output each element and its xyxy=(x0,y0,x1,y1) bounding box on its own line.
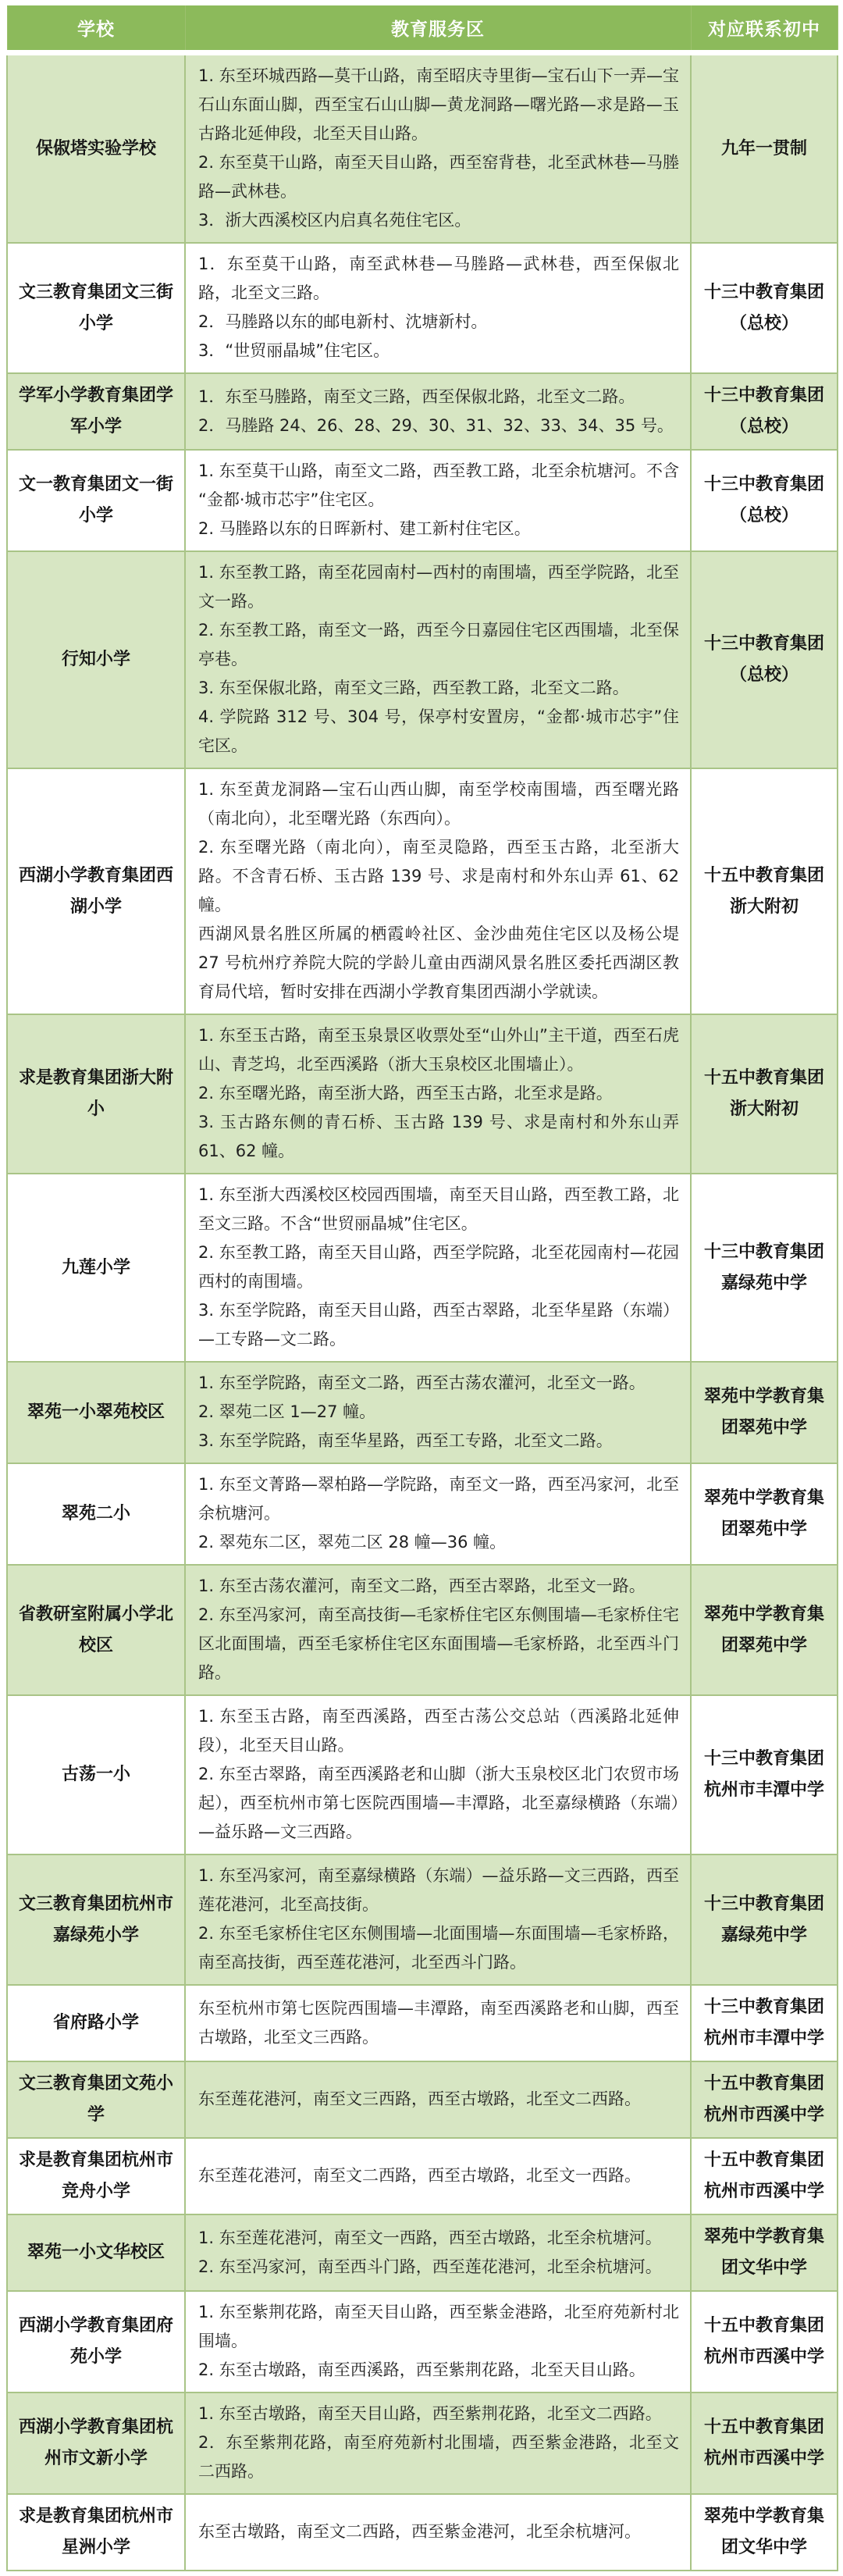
table-row: 求是教育集团浙大附小 1. 东至玉古路，南至玉泉景区收票处至“山外山”主干道，西… xyxy=(7,1014,838,1174)
service-area-cell: 1. 东至冯家河，南至嘉绿横路（东端）—益乐路—文三西路，西至莲花港河，北至高技… xyxy=(185,1855,691,1985)
junior-high-cell: 十三中教育集团嘉绿苑中学 xyxy=(691,1855,838,1985)
service-area-item: 1．东至莫干山路，南至武林巷—马塍路—武林巷，西至保俶北路，北至文三路。 xyxy=(198,250,679,308)
service-area-item: 东至莲花港河，南至文三西路，西至古墩路，北至文二西路。 xyxy=(198,2085,679,2114)
school-name-cell: 西湖小学教育集团西湖小学 xyxy=(7,768,185,1014)
service-area-item: 2. 东至曙光路，南至浙大路，西至玉古路，北至求是路。 xyxy=(198,1079,679,1108)
junior-high-cell: 十五中教育集团杭州市西溪中学 xyxy=(691,2138,838,2214)
service-area-item: 2．马塍路 24、26、28、29、30、31、32、33、34、35 号。 xyxy=(198,412,679,440)
service-area-item: 1. 东至冯家河，南至嘉绿横路（东端）—益乐路—文三西路，西至莲花港河，北至高技… xyxy=(198,1862,679,1919)
junior-high-cell: 九年一贯制 xyxy=(691,53,838,244)
service-area-item: 2. 马塍路以东的日晖新村、建工新村住宅区。 xyxy=(198,515,679,543)
service-area-cell: 1. 东至浙大西溪校区校园西围墙，南至天目山路，西至教工路，北至文三路。不含“世… xyxy=(185,1174,691,1362)
table-row: 求是教育集团杭州市星洲小学 东至古墩路，南至文二西路，西至紫金港河，北至余杭塘河… xyxy=(7,2494,838,2571)
school-name-cell: 学军小学教育集团学军小学 xyxy=(7,373,185,450)
service-area-cell: 1. 东至莲花港河，南至文一西路，西至古墩路，北至余杭塘河。2. 东至冯家河，南… xyxy=(185,2214,691,2291)
school-name-cell: 求是教育集团浙大附小 xyxy=(7,1014,185,1174)
junior-high-cell: 翠苑中学教育集团翠苑中学 xyxy=(691,1565,838,1695)
service-area-item: 东至杭州市第七医院西围墙—丰潭路，南至西溪路老和山脚，西至古墩路，北至文三西路。 xyxy=(198,1994,679,2052)
service-area-item: 3. 东至学院路，南至华星路，西至工专路，北至文二路。 xyxy=(198,1427,679,1455)
service-area-item: 1. 东至古墩路，南至天目山路，西至紫荆花路，北至文二西路。 xyxy=(198,2400,679,2428)
junior-high-cell: 翠苑中学教育集团翠苑中学 xyxy=(691,1362,838,1463)
service-area-item: 1．东至马塍路，南至文三路，西至保俶北路，北至文二路。 xyxy=(198,383,679,412)
service-area-cell: 东至古墩路，南至文二西路，西至紫金港河，北至余杭塘河。 xyxy=(185,2494,691,2571)
service-area-item: 4. 学院路 312 号、304 号，保亭村安置房，“金都·城市芯宇”住宅区。 xyxy=(198,703,679,761)
service-area-item: 2．东至紫荆花路，南至府苑新村北围墙，西至紫金港路，北至文二西路。 xyxy=(198,2428,679,2486)
service-area-item: 3. 玉古路东侧的青石桥、玉古路 139 号、求是南村和外东山弄 61、62 幢… xyxy=(198,1108,679,1166)
header-row: 学校 教育服务区 对应联系初中 xyxy=(7,6,838,53)
table-row: 九莲小学 1. 东至浙大西溪校区校园西围墙，南至天目山路，西至教工路，北至文三路… xyxy=(7,1174,838,1362)
service-area-item: 西湖风景名胜区所属的栖霞岭社区、金沙曲苑住宅区以及杨公堤 27 号杭州疗养院大院… xyxy=(198,920,679,1007)
school-name-cell: 求是教育集团杭州市竞舟小学 xyxy=(7,2138,185,2214)
school-service-area-table: 学校 教育服务区 对应联系初中 保俶塔实验学校 1. 东至环城西路—莫干山路，南… xyxy=(6,5,838,2571)
junior-high-cell: 十三中教育集团（总校） xyxy=(691,450,838,551)
service-area-item: 东至古墩路，南至文二西路，西至紫金港河，北至余杭塘河。 xyxy=(198,2517,679,2546)
school-name-cell: 九莲小学 xyxy=(7,1174,185,1362)
service-area-item: 1. 东至教工路，南至花园南村—西村的南围墙，西至学院路，北至文一路。 xyxy=(198,558,679,616)
service-area-item: 2. 东至古墩路，南至西溪路，西至紫荆花路，北至天目山路。 xyxy=(198,2356,679,2385)
service-area-cell: 东至莲花港河，南至文三西路，西至古墩路，北至文二西路。 xyxy=(185,2061,691,2138)
service-area-item: 1. 东至紫荆花路，南至天目山路，西至紫金港路，北至府苑新村北围墙。 xyxy=(198,2298,679,2356)
table-row: 保俶塔实验学校 1. 东至环城西路—莫干山路，南至昭庆寺里街—宝石山下一弄—宝石… xyxy=(7,53,838,244)
service-area-item: 东至莲花港河，南至文二西路，西至古墩路，北至文一西路。 xyxy=(198,2161,679,2190)
service-area-item: 2. 翠苑二区 1—27 幢。 xyxy=(198,1398,679,1427)
table-row: 翠苑二小 1. 东至文菁路—翠柏路—学院路，南至文一路，西至冯家河，北至余杭塘河… xyxy=(7,1463,838,1565)
school-name-cell: 翠苑一小文华校区 xyxy=(7,2214,185,2291)
service-area-cell: 东至杭州市第七医院西围墙—丰潭路，南至西溪路老和山脚，西至古墩路，北至文三西路。 xyxy=(185,1985,691,2061)
service-area-item: 2. 东至毛家桥住宅区东侧围墙—北面围墙—东面围墙—毛家桥路，南至高技街，西至莲… xyxy=(198,1919,679,1977)
service-area-item: 3．“世贸丽晶城”住宅区。 xyxy=(198,337,679,365)
service-area-cell: 1. 东至学院路，南至文二路，西至古荡农灌河，北至文一路。2. 翠苑二区 1—2… xyxy=(185,1362,691,1463)
school-name-cell: 保俶塔实验学校 xyxy=(7,53,185,244)
school-name-cell: 文三教育集团文三街小学 xyxy=(7,243,185,373)
school-name-cell: 文三教育集团文苑小学 xyxy=(7,2061,185,2138)
service-area-item: 1. 东至莲花港河，南至文一西路，西至古墩路，北至余杭塘河。 xyxy=(198,2224,679,2253)
junior-high-cell: 十三中教育集团嘉绿苑中学 xyxy=(691,1174,838,1362)
junior-high-cell: 十五中教育集团杭州市西溪中学 xyxy=(691,2393,838,2494)
service-area-cell: 1. 东至玉古路，南至西溪路，西至古荡公交总站（西溪路北延伸段），北至天目山路。… xyxy=(185,1695,691,1855)
page: 学校 教育服务区 对应联系初中 保俶塔实验学校 1. 东至环城西路—莫干山路，南… xyxy=(0,0,843,2576)
service-area-item: 1. 东至文菁路—翠柏路—学院路，南至文一路，西至冯家河，北至余杭塘河。 xyxy=(198,1470,679,1528)
service-area-cell: 1. 东至文菁路—翠柏路—学院路，南至文一路，西至冯家河，北至余杭塘河。2. 翠… xyxy=(185,1463,691,1565)
school-name-cell: 文三教育集团杭州市嘉绿苑小学 xyxy=(7,1855,185,1985)
table-row: 文一教育集团文一街小学 1. 东至莫干山路，南至文二路，西至教工路，北至余杭塘河… xyxy=(7,450,838,551)
junior-high-cell: 十三中教育集团（总校） xyxy=(691,551,838,768)
table-row: 翠苑一小翠苑校区 1. 东至学院路，南至文二路，西至古荡农灌河，北至文一路。2.… xyxy=(7,1362,838,1463)
table-row: 西湖小学教育集团杭州市文新小学 1. 东至古墩路，南至天目山路，西至紫荆花路，北… xyxy=(7,2393,838,2494)
service-area-cell: 1. 东至黄龙洞路—宝石山西山脚，南至学校南围墙，西至曙光路（南北向），北至曙光… xyxy=(185,768,691,1014)
service-area-cell: 1. 东至环城西路—莫干山路，南至昭庆寺里街—宝石山下一弄—宝石山东面山脚，西至… xyxy=(185,53,691,244)
service-area-item: 2. 东至冯家河，南至西斗门路，西至莲花港河，北至余杭塘河。 xyxy=(198,2253,679,2282)
school-name-cell: 文一教育集团文一街小学 xyxy=(7,450,185,551)
junior-high-cell: 十三中教育集团杭州市丰潭中学 xyxy=(691,1985,838,2061)
school-name-cell: 翠苑一小翠苑校区 xyxy=(7,1362,185,1463)
service-area-cell: 1. 东至古墩路，南至天目山路，西至紫荆花路，北至文二西路。2．东至紫荆花路，南… xyxy=(185,2393,691,2494)
junior-high-cell: 翠苑中学教育集团文华中学 xyxy=(691,2494,838,2571)
service-area-item: 1. 东至黄龙洞路—宝石山西山脚，南至学校南围墙，西至曙光路（南北向），北至曙光… xyxy=(198,775,679,833)
school-name-cell: 翠苑二小 xyxy=(7,1463,185,1565)
junior-high-cell: 十五中教育集团杭州市西溪中学 xyxy=(691,2291,838,2393)
service-area-cell: 1. 东至莫干山路，南至文二路，西至教工路，北至余杭塘河。不含“金都·城市芯宇”… xyxy=(185,450,691,551)
junior-high-cell: 翠苑中学教育集团翠苑中学 xyxy=(691,1463,838,1565)
table-row: 行知小学 1. 东至教工路，南至花园南村—西村的南围墙，西至学院路，北至文一路。… xyxy=(7,551,838,768)
table-header: 学校 教育服务区 对应联系初中 xyxy=(7,6,838,53)
service-area-item: 2. 东至冯家河，南至高技街—毛家桥住宅区东侧围墙—毛家桥住宅区北面围墙，西至毛… xyxy=(198,1601,679,1687)
table-row: 文三教育集团杭州市嘉绿苑小学 1. 东至冯家河，南至嘉绿横路（东端）—益乐路—文… xyxy=(7,1855,838,1985)
table-row: 西湖小学教育集团府苑小学 1. 东至紫荆花路，南至天目山路，西至紫金港路，北至府… xyxy=(7,2291,838,2393)
service-area-cell: 1. 东至古荡农灌河，南至文二路，西至古翠路，北至文一路。2. 东至冯家河，南至… xyxy=(185,1565,691,1695)
table-row: 翠苑一小文华校区 1. 东至莲花港河，南至文一西路，西至古墩路，北至余杭塘河。2… xyxy=(7,2214,838,2291)
junior-high-cell: 十三中教育集团（总校） xyxy=(691,243,838,373)
junior-high-cell: 十三中教育集团（总校） xyxy=(691,373,838,450)
service-area-item: 2. 东至莫干山路，南至天目山路，西至窑背巷，北至武林巷—马塍路—武林巷。 xyxy=(198,148,679,206)
col-header-service-area: 教育服务区 xyxy=(185,6,691,53)
table-row: 学军小学教育集团学军小学 1．东至马塍路，南至文三路，西至保俶北路，北至文二路。… xyxy=(7,373,838,450)
service-area-cell: 1. 东至紫荆花路，南至天目山路，西至紫金港路，北至府苑新村北围墙。2. 东至古… xyxy=(185,2291,691,2393)
junior-high-cell: 十五中教育集团杭州市西溪中学 xyxy=(691,2061,838,2138)
school-name-cell: 省教研室附属小学北校区 xyxy=(7,1565,185,1695)
service-area-item: 2. 东至教工路，南至文一路，西至今日嘉园住宅区西围墙，北至保亭巷。 xyxy=(198,616,679,674)
junior-high-cell: 翠苑中学教育集团文华中学 xyxy=(691,2214,838,2291)
junior-high-cell: 十五中教育集团浙大附初 xyxy=(691,1014,838,1174)
school-name-cell: 求是教育集团杭州市星洲小学 xyxy=(7,2494,185,2571)
service-area-item: 2．马塍路以东的邮电新村、沈塘新村。 xyxy=(198,308,679,337)
service-area-item: 1. 东至浙大西溪校区校园西围墙，南至天目山路，西至教工路，北至文三路。不含“世… xyxy=(198,1181,679,1238)
service-area-cell: 1. 东至教工路，南至花园南村—西村的南围墙，西至学院路，北至文一路。2. 东至… xyxy=(185,551,691,768)
table-row: 文三教育集团文三街小学 1．东至莫干山路，南至武林巷—马塍路—武林巷，西至保俶北… xyxy=(7,243,838,373)
table-row: 文三教育集团文苑小学 东至莲花港河，南至文三西路，西至古墩路，北至文二西路。 十… xyxy=(7,2061,838,2138)
service-area-item: 3. 东至学院路，南至天目山路，西至古翠路，北至华星路（东端）—工专路—文二路。 xyxy=(198,1296,679,1354)
service-area-item: 2. 翠苑东二区，翠苑二区 28 幢—36 幢。 xyxy=(198,1528,679,1557)
col-header-junior-high: 对应联系初中 xyxy=(691,6,838,53)
service-area-item: 3．浙大西溪校区内启真名苑住宅区。 xyxy=(198,206,679,235)
service-area-item: 1. 东至学院路，南至文二路，西至古荡农灌河，北至文一路。 xyxy=(198,1369,679,1398)
table-row: 古荡一小 1. 东至玉古路，南至西溪路，西至古荡公交总站（西溪路北延伸段），北至… xyxy=(7,1695,838,1855)
school-name-cell: 行知小学 xyxy=(7,551,185,768)
service-area-cell: 1. 东至玉古路，南至玉泉景区收票处至“山外山”主干道，西至石虎山、青芝坞，北至… xyxy=(185,1014,691,1174)
service-area-cell: 1．东至莫干山路，南至武林巷—马塍路—武林巷，西至保俶北路，北至文三路。2．马塍… xyxy=(185,243,691,373)
school-name-cell: 西湖小学教育集团杭州市文新小学 xyxy=(7,2393,185,2494)
table-body: 保俶塔实验学校 1. 东至环城西路—莫干山路，南至昭庆寺里街—宝石山下一弄—宝石… xyxy=(7,53,838,2571)
table-row: 求是教育集团杭州市竞舟小学 东至莲花港河，南至文二西路，西至古墩路，北至文一西路… xyxy=(7,2138,838,2214)
service-area-item: 1. 东至玉古路，南至西溪路，西至古荡公交总站（西溪路北延伸段），北至天目山路。 xyxy=(198,1702,679,1760)
service-area-item: 1. 东至莫干山路，南至文二路，西至教工路，北至余杭塘河。不含“金都·城市芯宇”… xyxy=(198,457,679,515)
school-name-cell: 西湖小学教育集团府苑小学 xyxy=(7,2291,185,2393)
table-row: 西湖小学教育集团西湖小学 1. 东至黄龙洞路—宝石山西山脚，南至学校南围墙，西至… xyxy=(7,768,838,1014)
service-area-item: 3. 东至保俶北路，南至文三路，西至教工路，北至文二路。 xyxy=(198,674,679,703)
table-row: 省府路小学 东至杭州市第七医院西围墙—丰潭路，南至西溪路老和山脚，西至古墩路，北… xyxy=(7,1985,838,2061)
school-name-cell: 省府路小学 xyxy=(7,1985,185,2061)
service-area-item: 1. 东至玉古路，南至玉泉景区收票处至“山外山”主干道，西至石虎山、青芝坞，北至… xyxy=(198,1021,679,1079)
table-row: 省教研室附属小学北校区 1. 东至古荡农灌河，南至文二路，西至古翠路，北至文一路… xyxy=(7,1565,838,1695)
service-area-item: 2. 东至教工路，南至天目山路，西至学院路，北至花园南村—花园西村的南围墙。 xyxy=(198,1238,679,1296)
school-name-cell: 古荡一小 xyxy=(7,1695,185,1855)
junior-high-cell: 十三中教育集团杭州市丰潭中学 xyxy=(691,1695,838,1855)
service-area-item: 2. 东至曙光路（南北向），南至灵隐路，西至玉古路，北至浙大路。不含青石桥、玉古… xyxy=(198,833,679,920)
junior-high-cell: 十五中教育集团浙大附初 xyxy=(691,768,838,1014)
service-area-item: 1. 东至环城西路—莫干山路，南至昭庆寺里街—宝石山下一弄—宝石山东面山脚，西至… xyxy=(198,62,679,148)
service-area-cell: 1．东至马塍路，南至文三路，西至保俶北路，北至文二路。2．马塍路 24、26、2… xyxy=(185,373,691,450)
service-area-item: 2. 东至古翠路，南至西溪路老和山脚（浙大玉泉校区北门农贸市场起），西至杭州市第… xyxy=(198,1760,679,1847)
service-area-cell: 东至莲花港河，南至文二西路，西至古墩路，北至文一西路。 xyxy=(185,2138,691,2214)
col-header-school: 学校 xyxy=(7,6,185,53)
service-area-item: 1. 东至古荡农灌河，南至文二路，西至古翠路，北至文一路。 xyxy=(198,1572,679,1601)
